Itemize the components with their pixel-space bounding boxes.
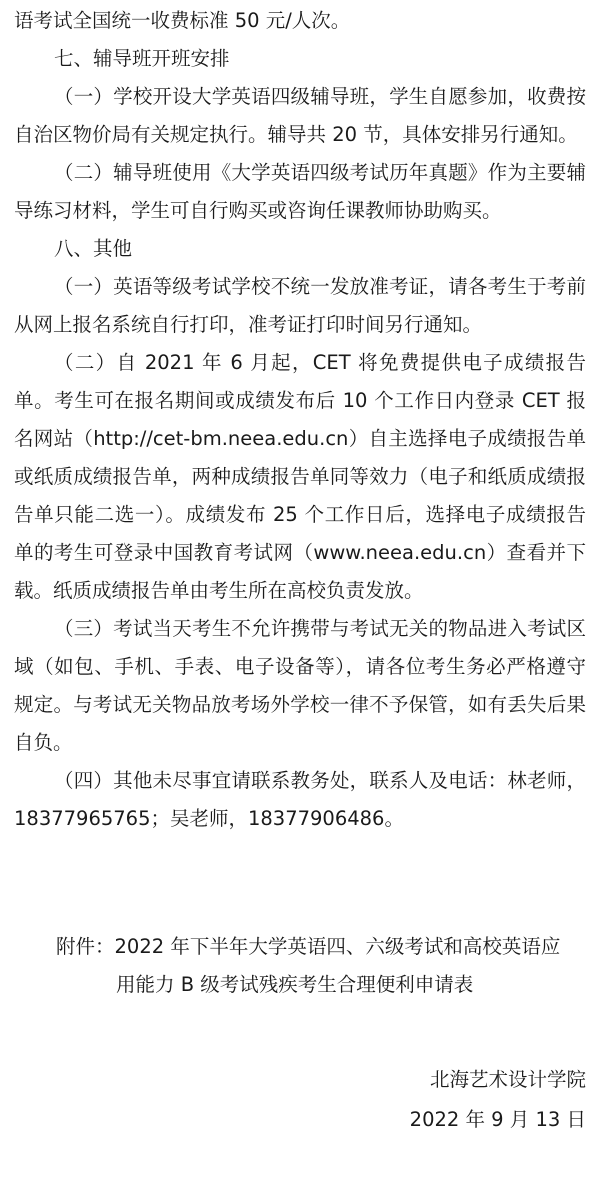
section-8-item-3: （三）考试当天考生不允许携带与考试无关的物品进入考试区域（如包、手机、手表、电子… (14, 610, 586, 762)
attachment-line-1: 附件：2022 年下半年大学英语四、六级考试和高校英语应 (56, 928, 586, 966)
signature-organization: 北海艺术设计学院 (410, 1060, 586, 1100)
section-8-item-1: （一）英语等级考试学校不统一发放准考证，请各考生于考前从网上报名系统自行打印，准… (14, 268, 586, 344)
signature-block: 北海艺术设计学院 2022 年 9 月 13 日 (410, 1060, 586, 1140)
document-body: 语考试全国统一收费标准 50 元/人次。 七、辅导班开班安排 （一）学校开设大学… (14, 2, 586, 838)
section-8-item-4: （四）其他未尽事宜请联系教务处，联系人及电话：林老师，18377965765；吴… (14, 762, 586, 838)
attachment-note: 附件：2022 年下半年大学英语四、六级考试和高校英语应 用能力 B 级考试残疾… (56, 928, 586, 1004)
signature-date: 2022 年 9 月 13 日 (410, 1100, 586, 1140)
section-7-item-2: （二）辅导班使用《大学英语四级考试历年真题》作为主要辅导练习材料，学生可自行购买… (14, 154, 586, 230)
attachment-line-2: 用能力 B 级考试残疾考生合理便利申请表 (56, 966, 586, 1004)
section-8-heading: 八、其他 (14, 230, 586, 268)
section-7-item-1: （一）学校开设大学英语四级辅导班，学生自愿参加，收费按自治区物价局有关规定执行。… (14, 78, 586, 154)
fee-continuation-line: 语考试全国统一收费标准 50 元/人次。 (14, 2, 586, 40)
section-8-item-2: （二）自 2021 年 6 月起，CET 将免费提供电子成绩报告单。考生可在报名… (14, 344, 586, 610)
section-7-heading: 七、辅导班开班安排 (14, 40, 586, 78)
